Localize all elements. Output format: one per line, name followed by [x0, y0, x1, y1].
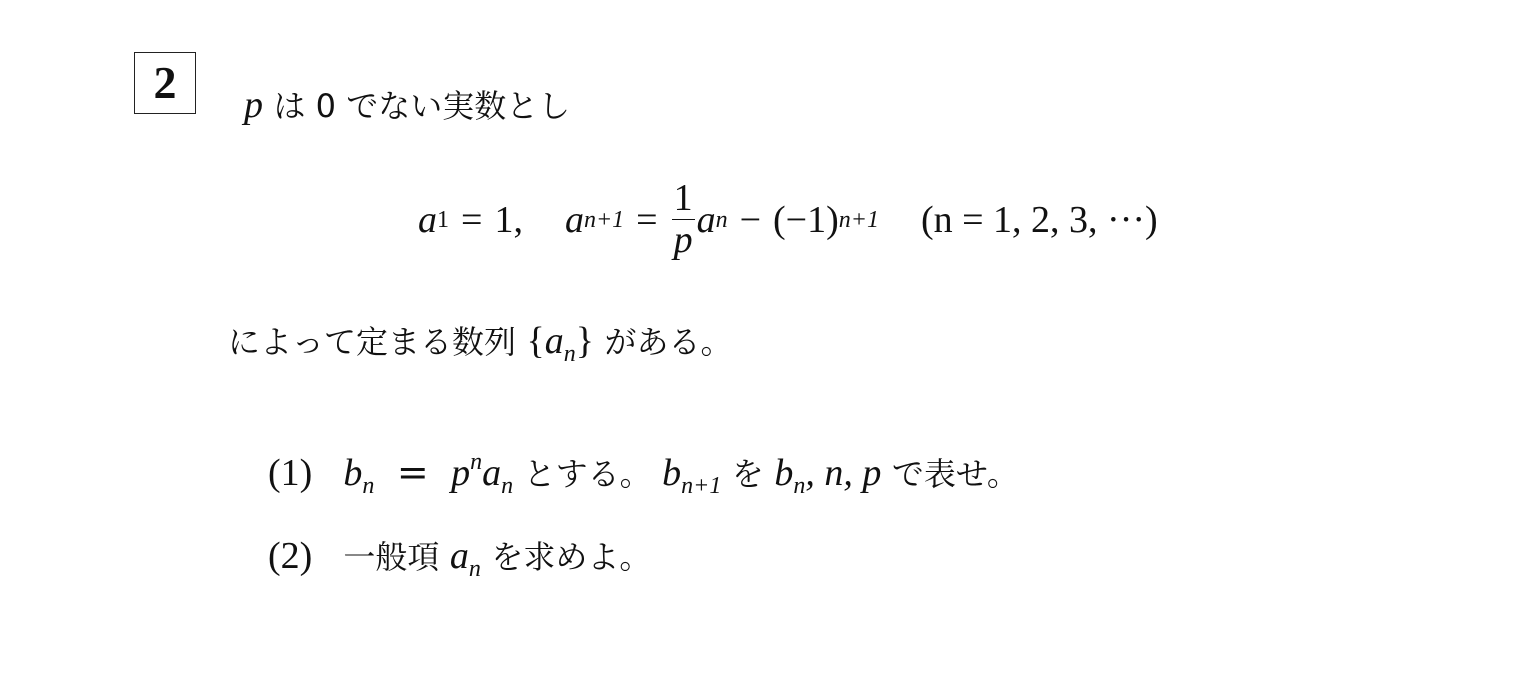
p-var: p	[451, 452, 470, 494]
an1-sub: n+1	[584, 208, 624, 232]
q1-text3: で表せ。	[892, 455, 1019, 493]
var-p: p	[244, 84, 263, 126]
fraction-denominator: p	[674, 220, 693, 262]
q1-text2: を	[732, 455, 764, 493]
a1-sub: 1	[437, 208, 449, 232]
an1-var: a	[565, 201, 584, 239]
an-sub: n	[469, 556, 481, 582]
neg-one-term: (−1)	[773, 201, 839, 239]
problem-number: 2	[154, 60, 177, 106]
an-var: a	[697, 201, 716, 239]
sequence-text-before: によって定まる数列	[228, 323, 516, 361]
intro-text: は 0 でない実数とし	[274, 87, 571, 125]
seq-sub: n	[564, 341, 576, 367]
sequence-text-after: がある。	[605, 323, 733, 361]
an-sub: n	[716, 208, 728, 232]
question-label: (2)	[268, 535, 312, 577]
question-1: (1) bn = pnan とする。 bn+1 を bn, n, p で表せ。	[268, 450, 1019, 498]
q2-text2: を求めよ。	[491, 538, 651, 576]
question-label: (1)	[268, 452, 312, 494]
fraction: 1 p	[672, 179, 695, 262]
an-sub: n	[501, 473, 513, 499]
an-var: a	[482, 452, 501, 494]
brace-close: }	[576, 320, 594, 362]
recurrence-formula: a1 = 1, an+1 = 1 p an − (−1)n+1 (n = 1, …	[418, 170, 1158, 270]
bn2-sub: n	[793, 473, 805, 499]
intro-line: p は 0 でない実数とし	[244, 86, 570, 124]
bn-sub: n	[362, 473, 374, 499]
bn1-var: b	[662, 452, 681, 494]
q2-text1: 一般項	[343, 538, 439, 576]
equals: =	[636, 201, 657, 239]
problem-number-box: 2	[134, 52, 196, 114]
a1-value: 1,	[494, 201, 523, 239]
seq-var: a	[545, 320, 564, 362]
fraction-numerator: 1	[672, 179, 695, 220]
a1-var: a	[418, 201, 437, 239]
q1-text1: とする。	[524, 455, 652, 493]
index-condition: (n = 1, 2, 3, ···)	[921, 201, 1158, 239]
p-exponent: n	[470, 449, 482, 475]
an-var: a	[450, 535, 469, 577]
equals: =	[397, 450, 429, 494]
minus: −	[740, 201, 761, 239]
bn1-sub: n+1	[681, 473, 721, 499]
question-2: (2) 一般項 an を求めよ。	[268, 537, 651, 581]
exponent: n+1	[839, 208, 879, 232]
equals: =	[461, 201, 482, 239]
sequence-line: によって定まる数列 {an} がある。	[228, 322, 733, 366]
brace-open: {	[527, 320, 545, 362]
bn-var: b	[343, 452, 362, 494]
bn2-var: b	[774, 452, 793, 494]
vars-list: , n, p	[805, 452, 881, 494]
